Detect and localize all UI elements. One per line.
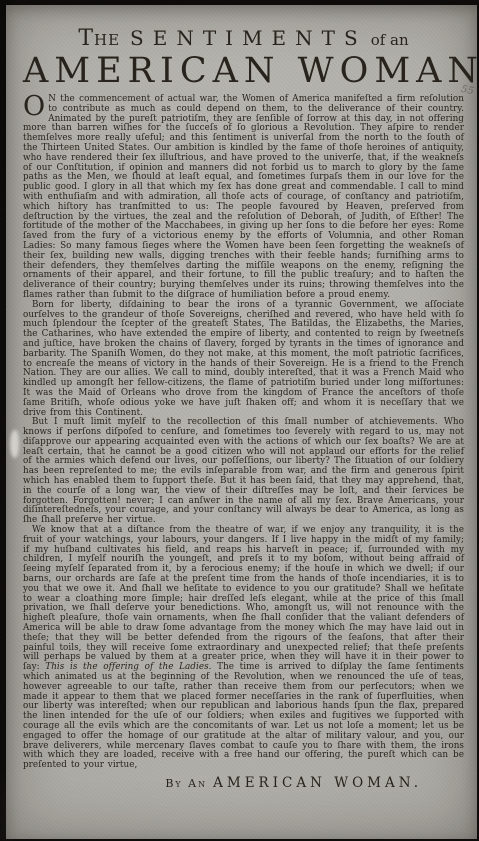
signature-line: By AnAMERICAN WOMAN.	[23, 772, 464, 791]
signature-name: AMERICAN WOMAN.	[213, 775, 422, 791]
document-title-line1: TheSENTIMENTSof an	[23, 22, 464, 52]
paper-blemish	[10, 430, 19, 458]
body-segment: But I muſt limit myſelf to the recollect…	[23, 417, 464, 525]
signature-prefix: By An	[165, 777, 207, 790]
body-paragraph: We know that at a diſtance from the thea…	[23, 526, 464, 771]
body-segment: Born for liberty, diſdaining to bear the…	[23, 300, 464, 418]
title-word-the: The	[78, 26, 120, 51]
broadside-paper: 55 TheSENTIMENTSof an AMERICAN WOMAN. ON…	[6, 5, 477, 839]
body-paragraph: Born for liberty, diſdaining to bear the…	[23, 301, 464, 419]
body-segment: The time is arrived to diſplay the ſame …	[23, 662, 464, 770]
body-segment-italic: This is the offering of the Ladies.	[45, 662, 211, 672]
scanned-page: 55 TheSENTIMENTSof an AMERICAN WOMAN. ON…	[0, 0, 479, 841]
title-word-sentiments: SENTIMENTS	[130, 26, 367, 50]
body-segment: N the commencement of actual war, the Wo…	[23, 94, 464, 300]
document-title-line2: AMERICAN WOMAN.	[23, 53, 464, 89]
body-paragraph: But I muſt limit myſelf to the recollect…	[23, 418, 464, 526]
document-body: ON the commencement of actual war, the W…	[23, 95, 464, 771]
margin-annotation: 55	[460, 84, 475, 97]
title-word-of-an: of an	[371, 31, 409, 49]
body-paragraph: ON the commencement of actual war, the W…	[23, 95, 464, 301]
drop-cap: O	[23, 95, 48, 117]
body-segment: We know that at a diſtance from the thea…	[23, 525, 464, 672]
